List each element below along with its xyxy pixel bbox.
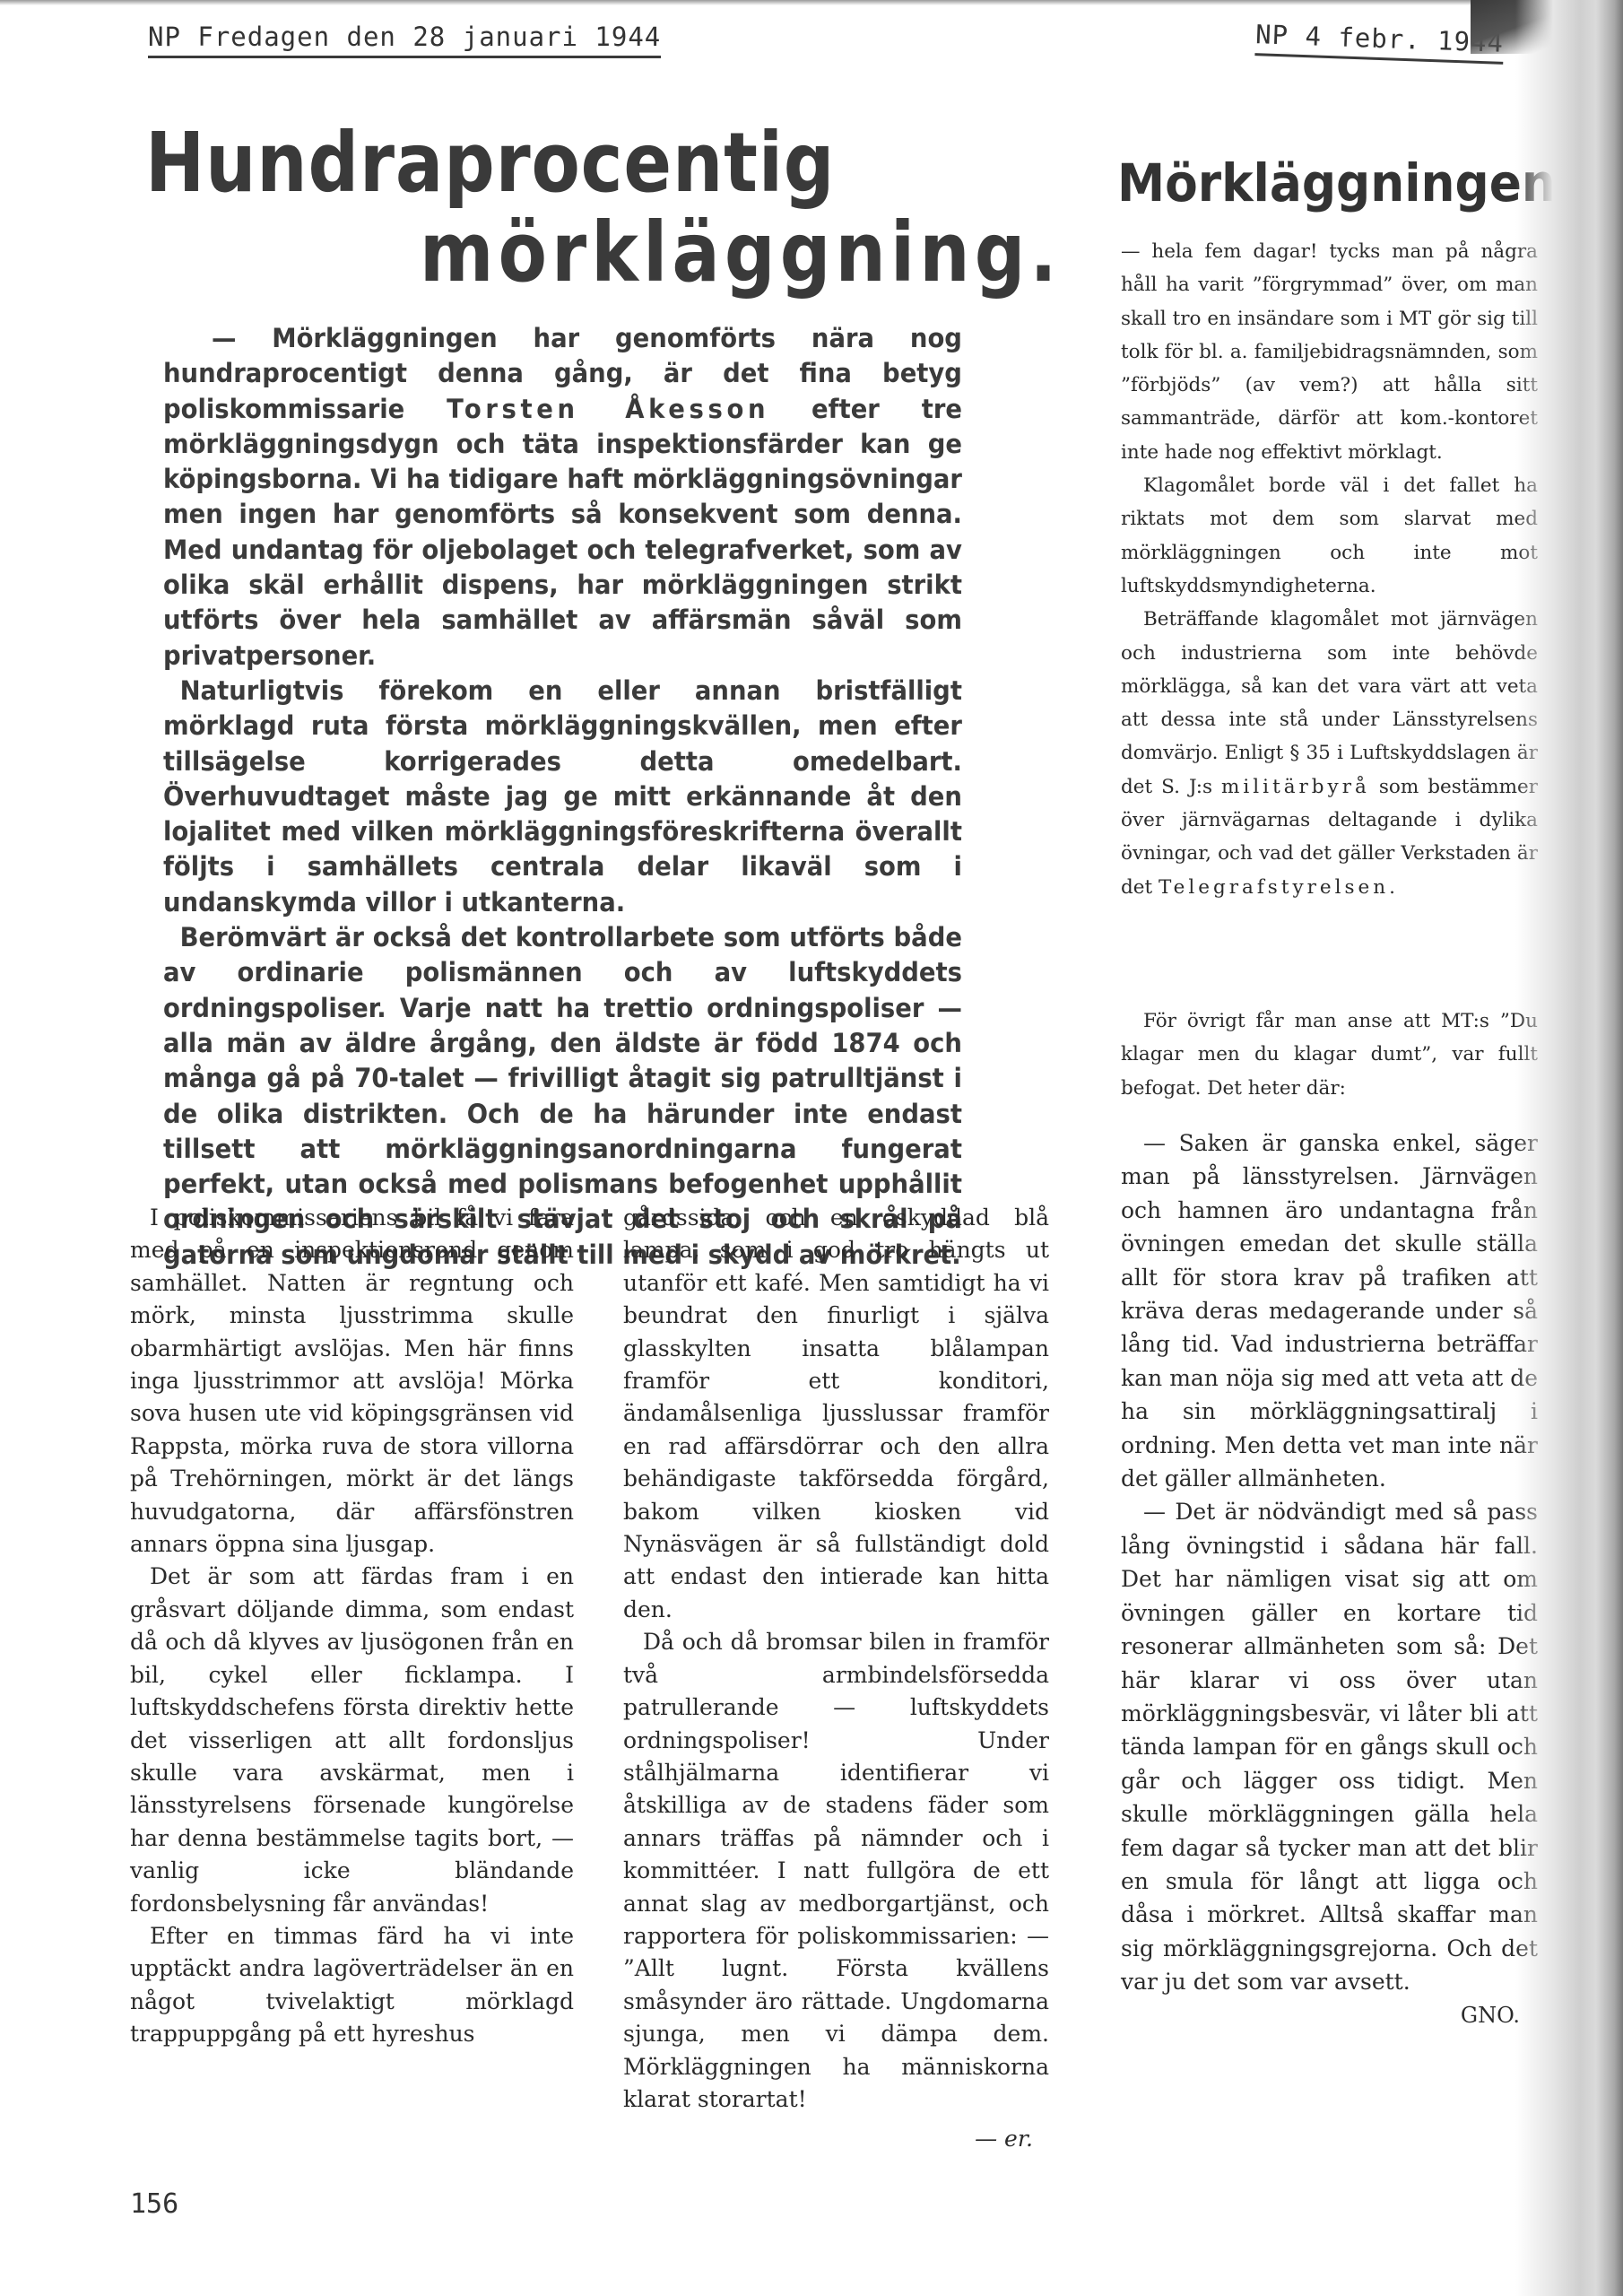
p3-militarbyra: militärbyrå	[1221, 776, 1370, 798]
lead-p1-name: Torsten Åkesson	[447, 394, 769, 424]
p3-part-a: Beträffande klagomålet mot järnvägen och…	[1121, 608, 1538, 797]
page-top-edge	[0, 0, 1623, 5]
article1-headline-line1: Hundraprocentig	[145, 115, 835, 211]
lead-p1-rest: efter tre mörkläggningsdygn och täta ins…	[163, 394, 962, 671]
article2-paragraph-2: Klagomålet borde väl i det fallet ha rik…	[1121, 469, 1538, 603]
article1-column-2: gårdssida, och en oskyddad blå lampa, so…	[623, 1202, 1049, 2156]
article1-lead: — Mörkläggningen har genomförts nära nog…	[163, 321, 962, 1273]
source-stamp-left: NP Fredagen den 28 januari 1944	[148, 22, 661, 58]
article1-column-1: I poliskommissariens bil få vi fara med …	[130, 1202, 574, 2051]
col1-paragraph-3: Efter en timmas färd ha vi inte upptäckt…	[130, 1920, 574, 2051]
article1-headline-line2: mörkläggning.	[420, 204, 1062, 300]
lead-paragraph-1: — Mörkläggningen har genomförts nära nog…	[163, 321, 962, 674]
p3-telegrafstyrelsen: Telegrafstyrelsen.	[1159, 876, 1399, 899]
source-stamp-right: NP 4 febr. 1944	[1254, 19, 1504, 65]
article2-block-3: — Saken är ganska enkel, säger man på lä…	[1121, 1121, 1538, 2032]
article2-paragraph-6: — Det är nödvändigt med så pass lång övn…	[1121, 1495, 1538, 1998]
col1-paragraph-1: I poliskommissariens bil få vi fara med …	[130, 1202, 574, 1561]
lead-paragraph-2: Naturligtvis förekom en eller annan bris…	[163, 674, 962, 920]
article2-block-2: För övrigt får man anse att MT:s ”Du kla…	[1121, 1004, 1538, 1105]
article2-block-1: — hela fem dagar! tycks man på några hål…	[1121, 235, 1538, 904]
article2-paragraph-3: Beträffande klagomålet mot järnvägen och…	[1121, 603, 1538, 904]
article2-title: Mörkläggningen	[1117, 152, 1556, 213]
article2-signature: GNO.	[1121, 1999, 1538, 2032]
article2-paragraph-4: För övrigt får man anse att MT:s ”Du kla…	[1121, 1004, 1538, 1105]
col2-paragraph-1: gårdssida, och en oskyddad blå lampa, so…	[623, 1202, 1049, 1626]
page-number: 156	[130, 2188, 178, 2220]
article1-signature: — er.	[623, 2123, 1049, 2155]
article2-paragraph-1: — hela fem dagar! tycks man på några hål…	[1121, 235, 1538, 469]
col1-paragraph-2: Det är som att färdas fram i en gråsvart…	[130, 1561, 574, 1919]
col2-paragraph-2: Då och då bromsar bilen in framför två a…	[623, 1626, 1049, 2116]
article2-paragraph-5: — Saken är ganska enkel, säger man på lä…	[1121, 1126, 1538, 1495]
